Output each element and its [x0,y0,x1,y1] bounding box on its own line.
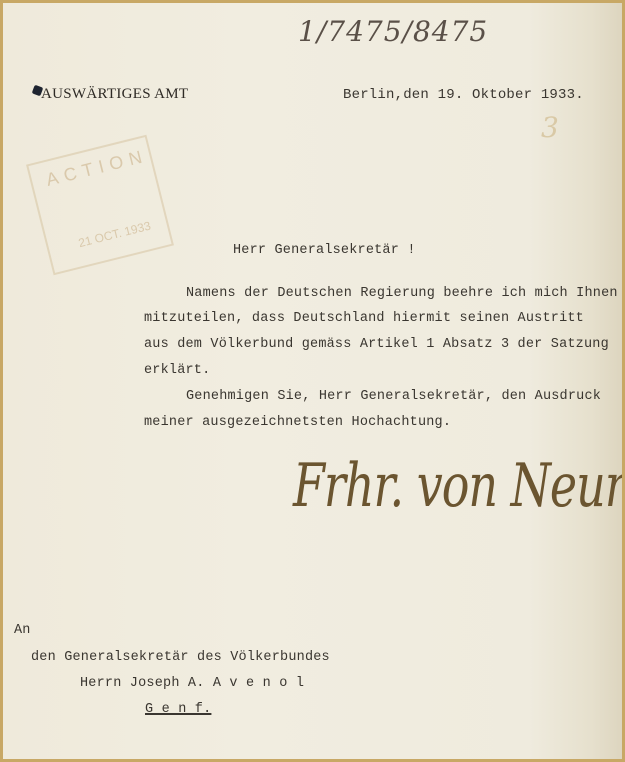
signature: Frhr. von Neurath [293,450,622,520]
document-page: 1/7475/8475 AUSWÄRTIGES AMT Berlin,den 1… [3,3,622,759]
address-prefix: An [14,623,31,638]
address-recipient-name: Herrn Joseph A. A v e n o l [80,676,304,691]
address-city: G e n f. [145,702,211,717]
body-line-2: mitzuteilen, dass Deutschland hiermit se… [144,311,584,326]
address-recipient-title: den Generalsekretär des Völkerbundes [31,650,330,665]
stamp-date: 21 OCT. 1933 [77,219,152,250]
ministry-letterhead: AUSWÄRTIGES AMT [41,86,188,103]
salutation: Herr Generalsekretär ! [233,243,416,258]
body-line-6: meiner ausgezeichnetsten Hochachtung. [144,415,451,430]
date-line: Berlin,den 19. Oktober 1933. [343,87,584,103]
body-line-1: Namens der Deutschen Regierung beehre ic… [186,286,618,301]
body-line-5: Genehmigen Sie, Herr Generalsekretär, de… [186,389,601,404]
body-line-4: erklärt. [144,363,210,378]
received-stamp: ACTION 21 OCT. 1933 [26,135,174,276]
body-line-3: aus dem Völkerbund gemäss Artikel 1 Absa… [144,337,609,352]
stamp-label: ACTION [44,145,150,191]
file-number-handwritten: 1/7475/8475 [298,15,488,48]
margin-mark: 3 [541,111,559,144]
